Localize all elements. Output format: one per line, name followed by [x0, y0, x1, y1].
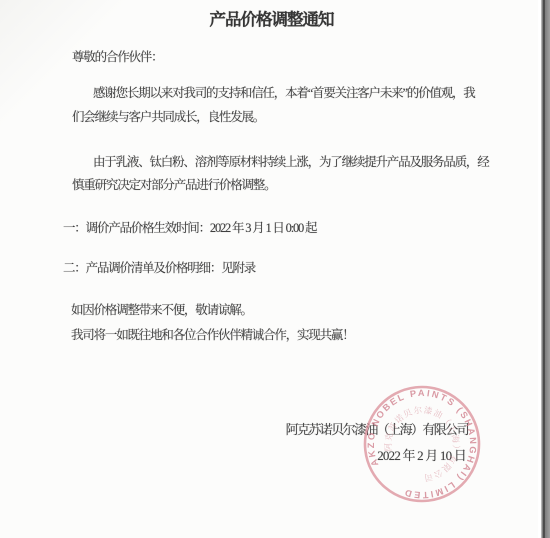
closing-line-cooperation: 我司将一如既往地和各位合作伙伴精诚合作，实现共赢！ — [71, 325, 354, 343]
list-item-effective-date: 一：调价产品价格生效时间：2022 年 3 月 1 日 0:00 起 — [63, 218, 316, 236]
seal-inner-text: 阿克苏诺贝尔漆油（上海）有限公司 — [370, 391, 475, 496]
company-signature: 阿克苏诺贝尔漆油（上海）有限公司 — [286, 419, 468, 438]
svg-text:AKZO NOBEL PAINTS (SHANGHAI) L: AKZO NOBEL PAINTS (SHANGHAI) LIMITED — [346, 368, 498, 520]
seal-outer-ring — [345, 367, 499, 521]
svg-text:阿克苏诺贝尔漆油（上海）有限公司: 阿克苏诺贝尔漆油（上海）有限公司 — [370, 391, 475, 496]
scan-edge-strip — [545, 0, 550, 538]
paragraph1-line2: 们会继续与客户共同成长，良性发展。 — [72, 107, 264, 125]
closing-line-apology: 如因价格调整带来不便，敬请谅解。 — [71, 300, 252, 318]
signature-date: 2022 年 2 月 10 日 — [377, 445, 466, 464]
paragraph2-line2: 慎重研究决定对部分产品进行价格调整。 — [72, 175, 275, 193]
salutation-line: 尊敬的合作伙伴： — [72, 47, 162, 65]
notice-title: 产品价格调整通知 — [0, 6, 543, 30]
paragraph1-line1: 感谢您长期以来对我司的支持和信任，本着“首要关注客户未来”的价值观，我 — [93, 83, 475, 101]
seal-ring-text: AKZO NOBEL PAINTS (SHANGHAI) LIMITED — [346, 368, 498, 520]
scanned-notice-page: 产品价格调整通知 尊敬的合作伙伴： 感谢您长期以来对我司的支持和信任，本着“首要… — [0, 0, 550, 538]
list-item-price-detail: 二：产品调价清单及价格明细：见附录 — [63, 258, 255, 276]
company-seal-stamp-icon: AKZO NOBEL PAINTS (SHANGHAI) LIMITED 阿克苏… — [327, 349, 516, 538]
paragraph2-line1: 由于乳液、钛白粉、溶剂等原材料持续上涨，为了继续提升产品及服务品质，经 — [93, 152, 489, 170]
